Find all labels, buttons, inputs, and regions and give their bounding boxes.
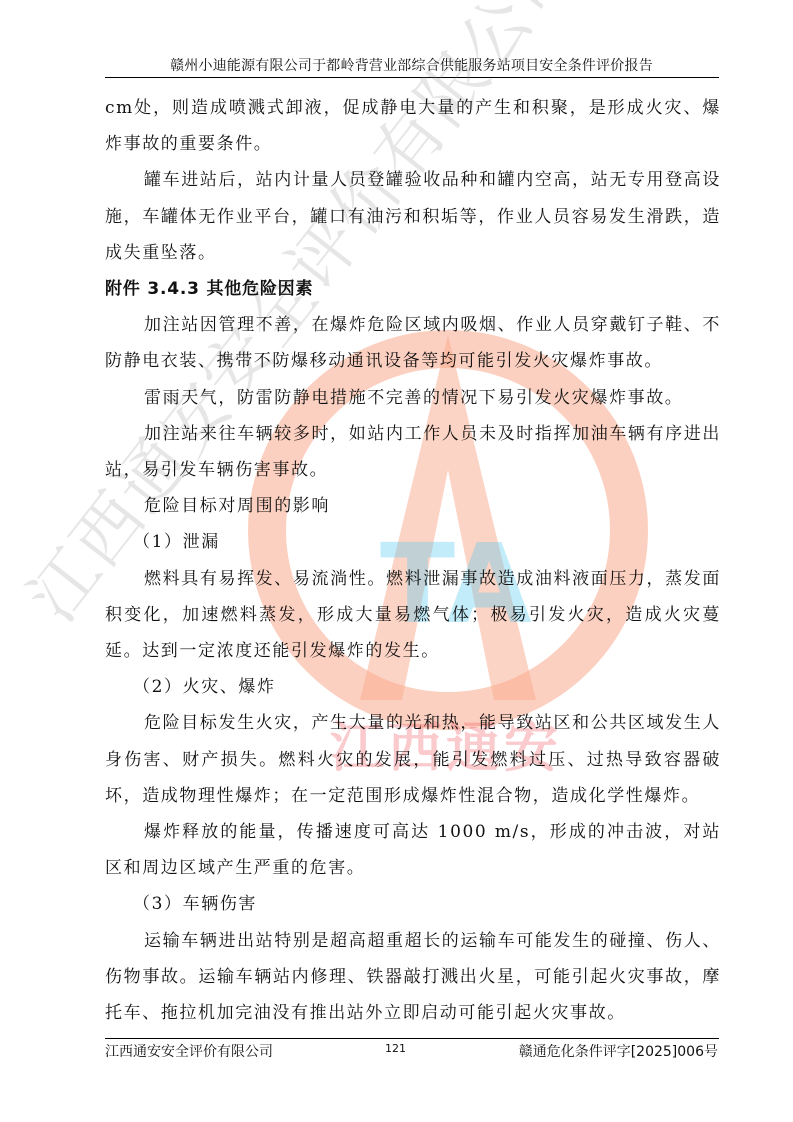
page-number: 121 <box>385 1042 406 1055</box>
paragraph: 加注站来往车辆较多时，如站内工作人员未及时指挥加油车辆有序进出站，易引发车辆伤害… <box>105 416 721 488</box>
paragraph: 运输车辆进出站特别是超高超重超长的运输车可能发生的碰撞、伤人、伤物事故。运输车辆… <box>105 923 721 1032</box>
paragraph: 罐车进站后，站内计量人员登罐验收品种和罐内空高，站无专用登高设施，车罐体无作业平… <box>105 162 721 271</box>
paragraph: 雷雨天气，防雷防静电措施不完善的情况下易引发火灾爆炸事故。 <box>105 380 721 416</box>
paragraph: 燃料具有易挥发、易流淌性。燃料泄漏事故造成油料液面压力，蒸发面积变化，加速燃料蒸… <box>105 561 721 670</box>
list-item-label: （1）泄漏 <box>105 524 721 560</box>
section-heading: 附件 3.4.3 其他危险因素 <box>105 271 721 307</box>
document-page: TA 江西通安安全评价有限公司 江西通安 赣州小迪能源有限公司于都岭背营业部综合… <box>0 0 793 1122</box>
footer-divider <box>105 1038 719 1039</box>
header-divider <box>105 77 719 78</box>
paragraph: 危险目标发生火灾，产生大量的光和热，能导致站区和公共区域发生人身伤害、财产损失。… <box>105 705 721 814</box>
footer-doc-number: 赣通危化条件评字[2025]006号 <box>519 1041 718 1061</box>
paragraph: 爆炸释放的能量，传播速度可高达 1000 m/s，形成的冲击波，对站区和周边区域… <box>105 814 721 886</box>
list-item-label: （3）车辆伤害 <box>105 886 721 922</box>
page-header-title: 赣州小迪能源有限公司于都岭背营业部综合供能服务站项目安全条件评价报告 <box>105 55 718 75</box>
paragraph: cm处，则造成喷溅式卸液，促成静电大量的产生和积聚，是形成火灾、爆炸事故的重要条… <box>105 90 721 162</box>
document-body: cm处，则造成喷溅式卸液，促成静电大量的产生和积聚，是形成火灾、爆炸事故的重要条… <box>105 90 721 1031</box>
paragraph: 危险目标对周围的影响 <box>105 488 721 524</box>
footer-company: 江西通安安全评价有限公司 <box>105 1041 273 1061</box>
list-item-label: （2）火灾、爆炸 <box>105 669 721 705</box>
paragraph: 加注站因管理不善，在爆炸危险区域内吸烟、作业人员穿戴钉子鞋、不防静电衣装、携带不… <box>105 307 721 379</box>
